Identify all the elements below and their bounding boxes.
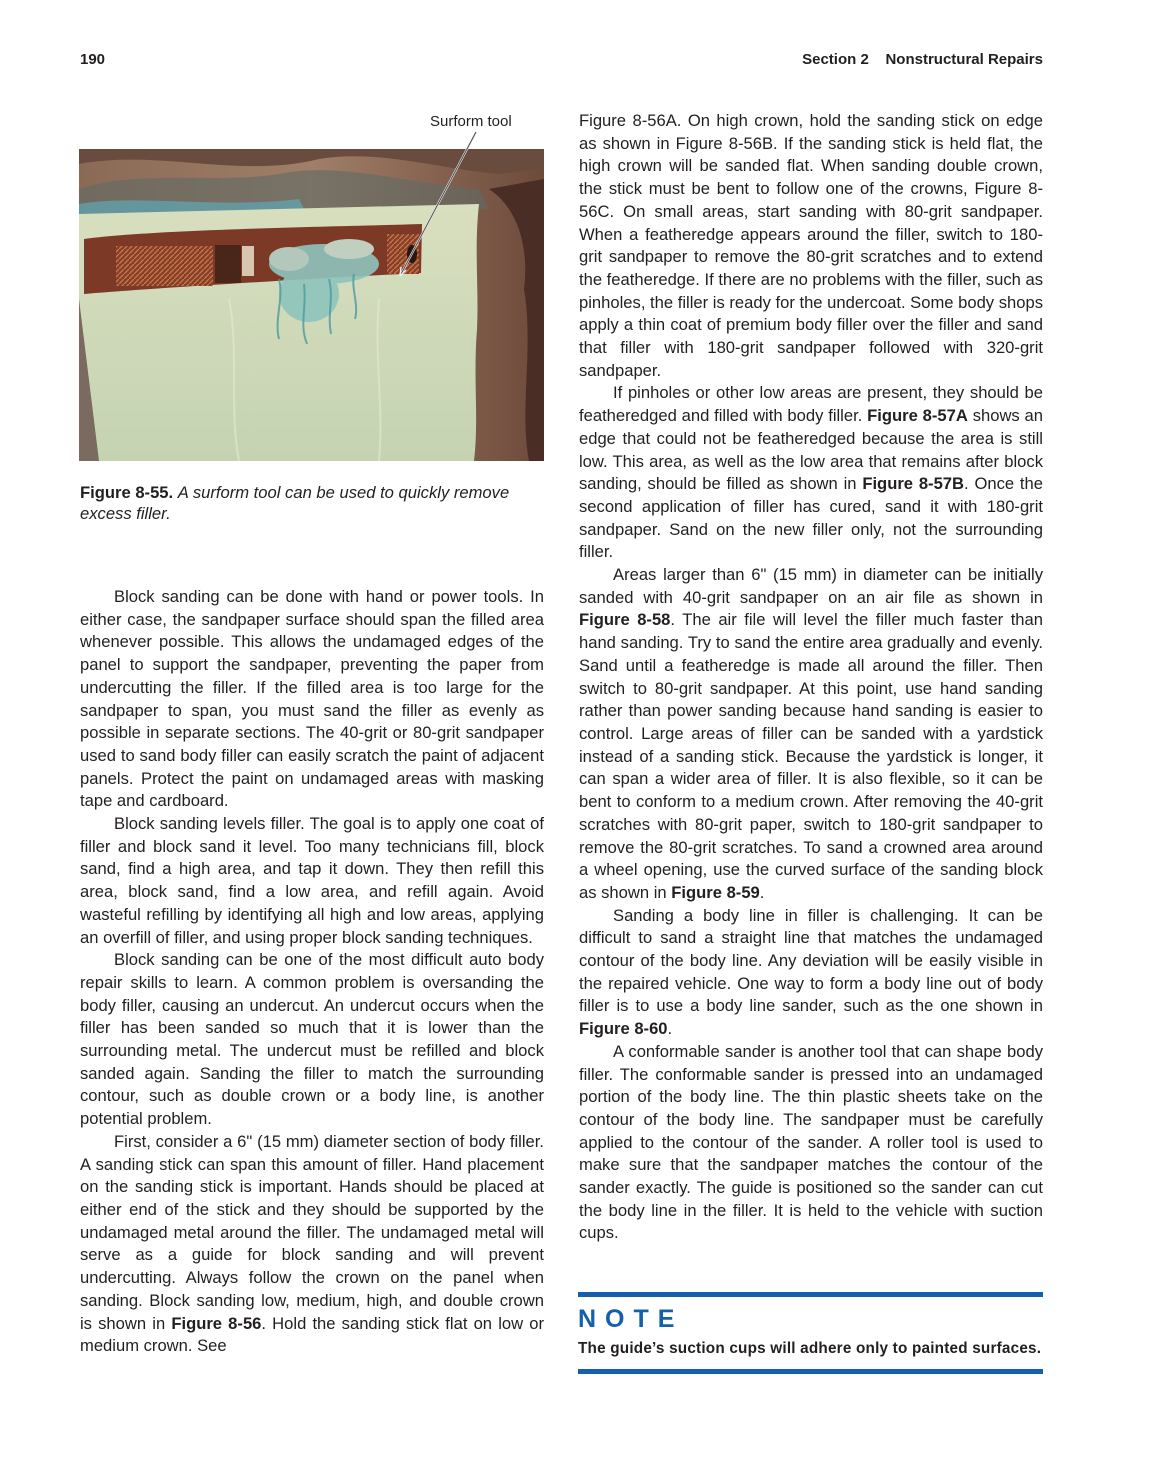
paragraph: Figure 8-56A. On high crown, hold the sa…	[579, 110, 1043, 382]
running-head: 190 Section 2 Nonstructural Repairs	[80, 51, 1043, 71]
left-column: Block sanding can be done with hand or p…	[80, 586, 544, 1358]
figure-number: Figure 8-55.	[80, 483, 173, 502]
figure-reference: Figure 8-57B	[862, 474, 964, 493]
figure-reference: Figure 8-57A	[867, 406, 968, 425]
section-title: Section 2 Nonstructural Repairs	[802, 51, 1043, 68]
paragraph: Block sanding can be done with hand or p…	[80, 586, 544, 813]
figure-caption: Figure 8-55. A surform tool can be used …	[80, 482, 544, 524]
right-column: Figure 8-56A. On high crown, hold the sa…	[579, 110, 1043, 1245]
figure-reference: Figure 8-59	[671, 883, 760, 902]
paragraph: Block sanding can be one of the most dif…	[80, 949, 544, 1131]
note-title: NOTE	[578, 1304, 1043, 1334]
figure-reference: Figure 8-60	[579, 1019, 668, 1038]
page-number: 190	[80, 51, 105, 68]
note-box: NOTE The guide’s suction cups will adher…	[578, 1292, 1043, 1374]
note-bottom-rule	[578, 1369, 1043, 1374]
note-body: The guide’s suction cups will adhere onl…	[578, 1338, 1043, 1359]
callout-arrow-icon	[380, 128, 500, 288]
paragraph: If pinholes or other low areas are prese…	[579, 382, 1043, 564]
figure-reference: Figure 8-58	[579, 610, 670, 629]
paragraph: Areas larger than 6" (15 mm) in diameter…	[579, 564, 1043, 905]
paragraph: A conformable sander is another tool tha…	[579, 1041, 1043, 1245]
paragraph: First, consider a 6" (15 mm) diameter se…	[80, 1131, 544, 1358]
figure-reference: Figure 8-56	[171, 1314, 261, 1333]
note-top-rule	[578, 1292, 1043, 1297]
paragraph: Sanding a body line in filler is challen…	[579, 905, 1043, 1041]
paragraph: Block sanding levels filler. The goal is…	[80, 813, 544, 949]
